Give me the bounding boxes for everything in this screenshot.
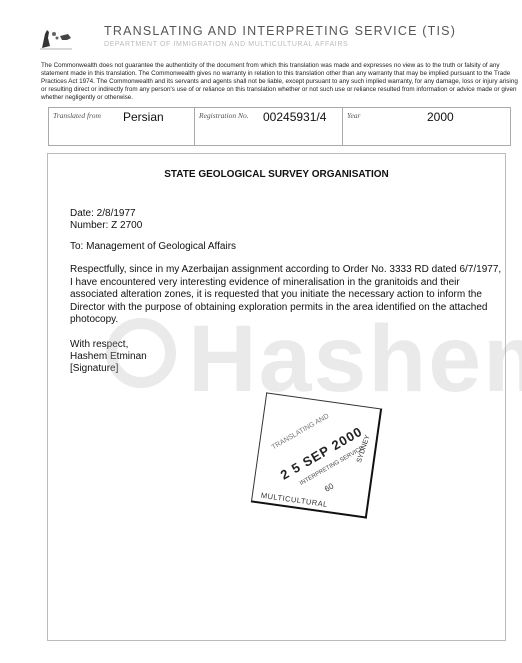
year-label: Year <box>347 111 360 120</box>
coat-of-arms-icon <box>38 22 74 52</box>
translated-from-label: Translated from <box>53 111 101 120</box>
translated-from-value: Persian <box>123 110 164 124</box>
service-title: TRANSLATING AND INTERPRETING SERVICE (TI… <box>104 24 456 38</box>
translated-from-cell: Translated from Persian <box>49 108 195 145</box>
registration-no-cell: Registration No. 00245931/4 <box>195 108 343 145</box>
stamp-number: 60 <box>323 481 335 493</box>
registration-no-value: 00245931/4 <box>263 110 326 124</box>
year-value: 2000 <box>427 110 454 124</box>
document-recipient: To: Management of Geological Affairs <box>70 241 500 254</box>
document-number: Number: Z 2700 <box>70 220 500 233</box>
year-cell: Year 2000 <box>343 108 510 145</box>
document-title: STATE GEOLOGICAL SURVEY ORGANISATION <box>48 169 505 180</box>
official-stamp: TRANSLATING AND 2 5 SEP 2000 INTERPRETIN… <box>251 392 382 518</box>
copyright-watermark-icon <box>106 318 176 388</box>
registration-no-label: Registration No. <box>199 111 249 120</box>
document-body: Respectfully, since in my Azerbaijan ass… <box>70 264 502 327</box>
department-subtitle: DEPARTMENT OF IMMIGRATION AND MULTICULTU… <box>104 41 348 48</box>
document-date: Date: 2/8/1977 <box>70 208 500 221</box>
disclaimer-text: The Commonwealth does not guarantee the … <box>41 62 519 102</box>
registration-table: Translated from Persian Registration No.… <box>48 107 511 146</box>
